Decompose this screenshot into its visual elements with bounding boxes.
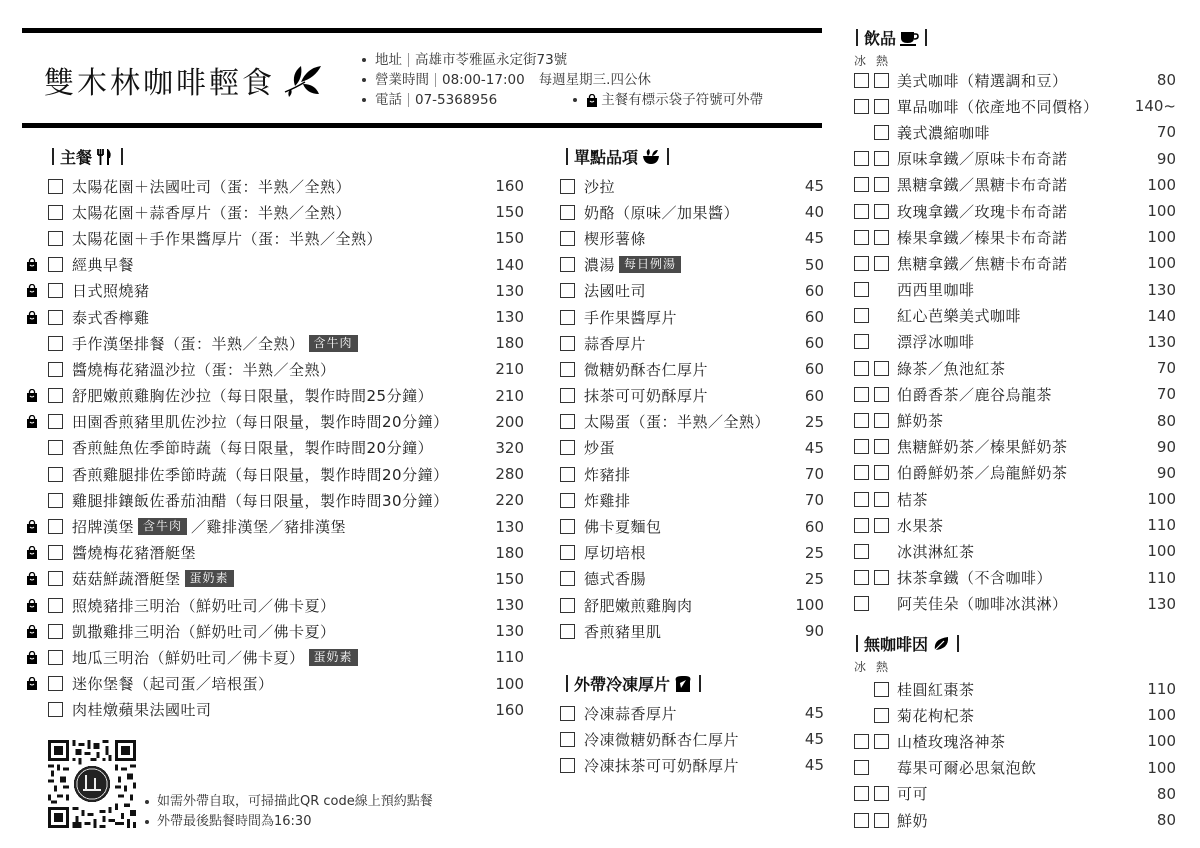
item-price: 90 — [805, 622, 824, 640]
hot-checkbox[interactable] — [874, 465, 889, 480]
hot-checkbox[interactable] — [874, 734, 889, 749]
item-price: 40 — [805, 203, 824, 221]
iced-checkbox[interactable] — [854, 465, 869, 480]
item-price: 70 — [805, 465, 824, 483]
menu-item-row: 肉桂燉蘋果法國吐司160 — [26, 697, 524, 723]
leaf-icon — [931, 635, 951, 653]
drink-item-row: 阿芙佳朵（咖啡冰淇淋）130 — [854, 591, 1176, 617]
item-checkbox[interactable] — [560, 336, 575, 351]
item-tag: 每日例湯 — [619, 256, 681, 273]
separator — [408, 53, 409, 67]
iced-checkbox[interactable] — [854, 282, 869, 297]
item-price: 80 — [1157, 785, 1176, 803]
bullet — [362, 58, 366, 62]
item-checkbox[interactable] — [560, 179, 575, 194]
item-price: 45 — [805, 704, 824, 722]
item-name-suffix: ／雞排漢堡／豬排漢堡 — [191, 516, 346, 537]
address-row: 地址 高雄市苓雅區永定街73號 — [362, 50, 763, 70]
menu-item-row: 佛卡夏麵包60 — [560, 513, 824, 539]
item-checkbox[interactable] — [560, 440, 575, 455]
section-main-header: 主餐 — [46, 145, 129, 168]
item-checkbox[interactable] — [48, 205, 63, 220]
item-name: 原味拿鐵／原味卡布奇諾 — [897, 148, 1068, 169]
item-name: 莓果可爾必思氣泡飲 — [897, 757, 1037, 778]
drink-item-row: 抹茶拿鐵（不含咖啡）110 — [854, 565, 1176, 591]
section-title: 主餐 — [60, 145, 92, 168]
item-name: 香煎雞腿排佐季節時蔬（每日限量，製作時間20分鐘） — [72, 464, 449, 485]
leaf-logo-icon — [281, 62, 323, 98]
item-price: 220 — [495, 491, 524, 509]
menu-item-row: 太陽花園＋法國吐司（蛋：半熟／全熟）160 — [26, 173, 524, 199]
menu-item-row: 醬燒梅花豬溫沙拉（蛋：半熟／全熟）210 — [26, 356, 524, 382]
item-checkbox[interactable] — [48, 545, 63, 560]
item-name: 香煎豬里肌 — [584, 621, 662, 642]
item-price: 100 — [1147, 732, 1176, 750]
item-price: 60 — [805, 518, 824, 536]
menu-item-row: 德式香腸25 — [560, 566, 824, 592]
item-checkbox[interactable] — [560, 362, 575, 377]
item-checkbox[interactable] — [560, 257, 575, 272]
item-price: 210 — [495, 387, 524, 405]
item-price: 80 — [1157, 412, 1176, 430]
item-checkbox[interactable] — [560, 545, 575, 560]
item-checkbox[interactable] — [560, 205, 575, 220]
menu-item-row: 蒜香厚片60 — [560, 330, 824, 356]
item-price: 60 — [805, 308, 824, 326]
item-name: 單品咖啡（依產地不同價格） — [897, 96, 1099, 117]
drink-item-row: 水果茶110 — [854, 512, 1176, 538]
item-price: 80 — [1157, 811, 1176, 829]
item-tag: 含牛肉 — [309, 335, 358, 352]
iced-checkbox[interactable] — [854, 204, 869, 219]
shopping-bag-icon — [26, 311, 38, 324]
hot-checkbox[interactable] — [874, 492, 889, 507]
item-name: 太陽花園＋蒜香厚片（蛋：半熟／全熟） — [72, 202, 351, 223]
item-name: 田園香煎豬里肌佐沙拉（每日限量，製作時間20分鐘） — [72, 411, 449, 432]
drink-item-row: 鮮奶80 — [854, 807, 1176, 833]
item-name: 香煎鮭魚佐季節時蔬（每日限量，製作時間20分鐘） — [72, 437, 433, 458]
item-name: 炒蛋 — [584, 437, 615, 458]
item-price: 110 — [1147, 680, 1176, 698]
shopping-bag-icon — [26, 546, 38, 559]
section-title: 飲品 — [864, 26, 896, 49]
iced-checkbox[interactable] — [854, 786, 869, 801]
item-name: 山楂玫瑰洛神茶 — [897, 731, 1006, 752]
hot-checkbox[interactable] — [874, 230, 889, 245]
hot-checkbox[interactable] — [874, 387, 889, 402]
hot-label: 熱 — [876, 658, 898, 675]
item-checkbox[interactable] — [48, 231, 63, 246]
item-checkbox[interactable] — [48, 362, 63, 377]
item-price: 130 — [1147, 333, 1176, 351]
hot-checkbox[interactable] — [874, 361, 889, 376]
bullet — [145, 800, 149, 804]
item-price: 70 — [1157, 359, 1176, 377]
note-text: 外帶最後點餐時間為16:30 — [157, 812, 311, 832]
takeout-slot — [26, 415, 42, 428]
hot-checkbox[interactable] — [874, 682, 889, 697]
item-price: 140~ — [1135, 97, 1176, 115]
menu-item-row: 菇菇鮮蔬潛艇堡蛋奶素150 — [26, 566, 524, 592]
note-row: 如需外帶自取，可掃描此QR code線上預約點餐 — [145, 792, 433, 812]
item-checkbox[interactable] — [560, 283, 575, 298]
hot-checkbox[interactable] — [874, 786, 889, 801]
drink-item-row: 玫瑰拿鐵／玫瑰卡布奇諾100 — [854, 198, 1176, 224]
phone-value[interactable]: 07-5368956 — [415, 90, 497, 110]
item-checkbox[interactable] — [560, 493, 575, 508]
item-name: 水果茶 — [897, 515, 944, 536]
item-checkbox[interactable] — [48, 624, 63, 639]
iced-checkbox[interactable] — [854, 492, 869, 507]
phone-label: 電話 — [375, 90, 402, 110]
item-name: 楔形薯條 — [584, 228, 646, 249]
item-price: 100 — [1147, 706, 1176, 724]
item-price: 25 — [805, 570, 824, 588]
menu-item-row: 香煎鮭魚佐季節時蔬（每日限量，製作時間20分鐘）320 — [26, 435, 524, 461]
item-name: 肉桂燉蘋果法國吐司 — [72, 699, 212, 720]
item-price: 130 — [495, 596, 524, 614]
item-price: 70 — [1157, 123, 1176, 141]
item-checkbox[interactable] — [560, 467, 575, 482]
hot-checkbox[interactable] — [874, 439, 889, 454]
item-name: 照燒豬排三明治（鮮奶吐司／佛卡夏） — [72, 595, 336, 616]
item-tag: 蛋奶素 — [185, 570, 234, 587]
item-name: 太陽花園＋手作果醬厚片（蛋：半熟／全熟） — [72, 228, 382, 249]
item-price: 60 — [805, 387, 824, 405]
store-info: 地址 高雄市苓雅區永定街73號 營業時間 08:00-17:00 每週星期三.四… — [362, 50, 763, 110]
section-title: 外帶冷凍厚片 — [574, 672, 670, 695]
item-price: 150 — [495, 229, 524, 247]
takeout-slot — [26, 572, 42, 585]
hot-checkbox[interactable] — [874, 518, 889, 533]
menu-item-row: 招牌漢堡含牛肉／雞排漢堡／豬排漢堡130 — [26, 513, 524, 539]
iced-checkbox[interactable] — [854, 151, 869, 166]
iced-checkbox[interactable] — [854, 73, 869, 88]
drink-item-row: 義式濃縮咖啡70 — [854, 119, 1176, 145]
item-price: 60 — [805, 360, 824, 378]
item-price: 100 — [1147, 759, 1176, 777]
menu-item-row: 冷凍微糖奶酥杏仁厚片45 — [560, 726, 824, 752]
item-checkbox[interactable] — [48, 493, 63, 508]
item-price: 60 — [805, 334, 824, 352]
item-price: 45 — [805, 756, 824, 774]
item-name: 伯爵鮮奶茶／烏龍鮮奶茶 — [897, 462, 1068, 483]
item-price: 200 — [495, 413, 524, 431]
item-checkbox[interactable] — [560, 624, 575, 639]
drink-item-row: 西西里咖啡130 — [854, 277, 1176, 303]
menu-item-row: 楔形薯條45 — [560, 225, 824, 251]
item-checkbox[interactable] — [48, 676, 63, 691]
item-checkbox[interactable] — [48, 310, 63, 325]
iced-checkbox[interactable] — [854, 570, 869, 585]
item-name: 玫瑰拿鐵／玫瑰卡布奇諾 — [897, 201, 1068, 222]
item-name: 蒜香厚片 — [584, 333, 646, 354]
shopping-bag-icon — [26, 677, 38, 690]
hot-checkbox[interactable] — [874, 813, 889, 828]
item-price: 45 — [805, 229, 824, 247]
item-name: 奶酪（原味／加果醬） — [584, 202, 739, 223]
menu-item-row: 微糖奶酥杏仁厚片60 — [560, 356, 824, 382]
item-price: 60 — [805, 282, 824, 300]
iced-checkbox[interactable] — [854, 734, 869, 749]
item-name: 菇菇鮮蔬潛艇堡 — [72, 568, 181, 589]
item-name: 菊花枸杞茶 — [897, 705, 975, 726]
item-tag: 蛋奶素 — [309, 649, 358, 666]
item-price: 45 — [805, 177, 824, 195]
item-price: 45 — [805, 730, 824, 748]
iced-checkbox[interactable] — [854, 256, 869, 271]
item-price: 45 — [805, 439, 824, 457]
qr-code-icon[interactable] — [48, 740, 136, 828]
hot-checkbox[interactable] — [874, 177, 889, 192]
menu-item-row: 香煎雞腿排佐季節時蔬（每日限量，製作時間20分鐘）280 — [26, 461, 524, 487]
item-price: 140 — [1147, 307, 1176, 325]
iced-checkbox[interactable] — [854, 230, 869, 245]
iced-checkbox[interactable] — [854, 813, 869, 828]
item-price: 110 — [1147, 569, 1176, 587]
item-name: 美式咖啡（精選調和豆） — [897, 70, 1068, 91]
takeout-slot — [26, 258, 42, 271]
item-price: 100 — [795, 596, 824, 614]
hot-checkbox[interactable] — [874, 204, 889, 219]
separator — [435, 73, 436, 87]
item-name: 冷凍微糖奶酥杏仁厚片 — [584, 729, 739, 750]
menu-item-row: 炸雞排70 — [560, 487, 824, 513]
menu-item-row: 太陽花園＋蒜香厚片（蛋：半熟／全熟）150 — [26, 199, 524, 225]
takeout-slot — [26, 625, 42, 638]
drink-item-row: 鮮奶茶80 — [854, 407, 1176, 433]
item-checkbox[interactable] — [560, 310, 575, 325]
takeout-slot — [26, 599, 42, 612]
address-value: 高雄市苓雅區永定街73號 — [415, 50, 567, 70]
hot-checkbox[interactable] — [874, 256, 889, 271]
menu-item-row: 地瓜三明治（鮮奶吐司／佛卡夏）蛋奶素110 — [26, 644, 524, 670]
iced-checkbox[interactable] — [854, 308, 869, 323]
item-checkbox[interactable] — [560, 519, 575, 534]
decaf-list: 桂圓紅棗茶110菊花枸杞茶100山楂玫瑰洛神茶100莓果可爾必思氣泡飲100可可… — [854, 676, 1176, 833]
takeout-notes: 如需外帶自取，可掃描此QR code線上預約點餐 外帶最後點餐時間為16:30 — [145, 792, 433, 832]
item-price: 150 — [495, 570, 524, 588]
header-bottom-rule — [22, 123, 822, 128]
item-name: 沙拉 — [584, 176, 615, 197]
item-name: 法國吐司 — [584, 280, 646, 301]
item-name: 冷凍抹茶可可奶酥厚片 — [584, 755, 739, 776]
item-price: 130 — [495, 622, 524, 640]
hot-checkbox[interactable] — [874, 151, 889, 166]
item-price: 100 — [1147, 254, 1176, 272]
item-checkbox[interactable] — [48, 598, 63, 613]
item-name: 炸豬排 — [584, 464, 631, 485]
item-name: 伯爵香茶／鹿谷烏龍茶 — [897, 384, 1052, 405]
menu-item-row: 冷凍抹茶可可奶酥厚片45 — [560, 752, 824, 778]
item-name: 雞腿排鑲飯佐番茄油醋（每日限量，製作時間30分鐘） — [72, 490, 449, 511]
item-price: 130 — [1147, 281, 1176, 299]
item-price: 180 — [495, 544, 524, 562]
iced-checkbox[interactable] — [854, 387, 869, 402]
iced-checkbox[interactable] — [854, 177, 869, 192]
item-name: 佛卡夏麵包 — [584, 516, 662, 537]
item-name: 義式濃縮咖啡 — [897, 122, 990, 143]
item-price: 140 — [495, 256, 524, 274]
item-price: 160 — [495, 177, 524, 195]
sides-list: 沙拉45奶酪（原味／加果醬）40楔形薯條45濃湯每日例湯50法國吐司60手作果醬… — [560, 173, 824, 644]
hours-row: 營業時間 08:00-17:00 每週星期三.四公休 — [362, 70, 763, 90]
item-name: 抹茶可可奶酥厚片 — [584, 385, 708, 406]
item-price: 100 — [1147, 490, 1176, 508]
item-name: 桔茶 — [897, 489, 928, 510]
item-name: 經典早餐 — [72, 254, 134, 275]
item-name: 焦糖拿鐵／焦糖卡布奇諾 — [897, 253, 1068, 274]
item-checkbox[interactable] — [48, 414, 63, 429]
item-name: 舒肥嫩煎雞胸佐沙拉（每日限量，製作時間25分鐘） — [72, 385, 433, 406]
item-checkbox[interactable] — [560, 414, 575, 429]
item-name: 紅心芭樂美式咖啡 — [897, 305, 1021, 326]
iced-checkbox[interactable] — [854, 596, 869, 611]
bullet — [362, 78, 366, 82]
item-checkbox[interactable] — [48, 519, 63, 534]
hot-checkbox[interactable] — [874, 570, 889, 585]
brand-title: 雙木林咖啡輕食 — [44, 58, 275, 102]
item-name: 日式照燒豬 — [72, 280, 150, 301]
hot-checkbox[interactable] — [874, 708, 889, 723]
item-name: 厚切培根 — [584, 542, 646, 563]
top-rule — [22, 28, 822, 33]
drink-item-row: 菊花枸杞茶100 — [854, 702, 1176, 728]
item-name: 德式香腸 — [584, 568, 646, 589]
item-price: 180 — [495, 334, 524, 352]
item-checkbox[interactable] — [48, 702, 63, 717]
takeout-note-text: 主餐有標示袋子符號可外帶 — [601, 90, 763, 110]
section-frozen-header: 外帶冷凍厚片 — [560, 672, 707, 695]
item-price: 130 — [495, 308, 524, 326]
item-checkbox[interactable] — [560, 706, 575, 721]
iced-checkbox[interactable] — [854, 439, 869, 454]
item-name: 鮮奶 — [897, 810, 928, 831]
drink-item-row: 美式咖啡（精選調和豆）80 — [854, 67, 1176, 93]
menu-item-row: 奶酪（原味／加果醬）40 — [560, 199, 824, 225]
iced-checkbox[interactable] — [854, 334, 869, 349]
item-checkbox[interactable] — [48, 179, 63, 194]
item-price: 70 — [1157, 385, 1176, 403]
drink-item-row: 焦糖鮮奶茶／榛果鮮奶茶90 — [854, 434, 1176, 460]
item-price: 210 — [495, 360, 524, 378]
item-tag: 含牛肉 — [138, 518, 187, 535]
item-checkbox[interactable] — [48, 571, 63, 586]
item-name: 太陽花園＋法國吐司（蛋：半熟／全熟） — [72, 176, 351, 197]
toast-icon — [673, 675, 693, 693]
drink-item-row: 伯爵香茶／鹿谷烏龍茶70 — [854, 381, 1176, 407]
drink-item-row: 冰淇淋紅茶100 — [854, 538, 1176, 564]
menu-item-row: 法國吐司60 — [560, 278, 824, 304]
section-title: 無咖啡因 — [864, 632, 928, 655]
drink-item-row: 紅心芭樂美式咖啡140 — [854, 303, 1176, 329]
item-name: 冰淇淋紅茶 — [897, 541, 975, 562]
item-checkbox[interactable] — [48, 336, 63, 351]
hot-checkbox[interactable] — [874, 99, 889, 114]
item-checkbox[interactable] — [560, 732, 575, 747]
shopping-bag-icon — [26, 625, 38, 638]
menu-item-row: 冷凍蒜香厚片45 — [560, 700, 824, 726]
menu-item-row: 田園香煎豬里肌佐沙拉（每日限量，製作時間20分鐘）200 — [26, 409, 524, 435]
menu-item-row: 照燒豬排三明治（鮮奶吐司／佛卡夏）130 — [26, 592, 524, 618]
hot-checkbox[interactable] — [874, 413, 889, 428]
takeout-slot — [26, 546, 42, 559]
item-name: 醬燒梅花豬溫沙拉（蛋：半熟／全熟） — [72, 359, 336, 380]
item-name: 焦糖鮮奶茶／榛果鮮奶茶 — [897, 436, 1068, 457]
drink-item-row: 原味拿鐵／原味卡布奇諾90 — [854, 146, 1176, 172]
shopping-bag-icon — [26, 284, 38, 297]
item-name: 榛果拿鐵／榛果卡布奇諾 — [897, 227, 1068, 248]
takeout-slot — [26, 284, 42, 297]
item-price: 50 — [805, 256, 824, 274]
item-price: 70 — [805, 491, 824, 509]
item-name: 阿芙佳朵（咖啡冰淇淋） — [897, 593, 1068, 614]
salad-bowl-icon — [641, 148, 661, 166]
item-checkbox[interactable] — [560, 231, 575, 246]
note-row: 外帶最後點餐時間為16:30 — [145, 812, 433, 832]
item-name: 舒肥嫩煎雞胸肉 — [584, 595, 693, 616]
hot-checkbox[interactable] — [874, 73, 889, 88]
item-name: 凱撒雞排三明治（鮮奶吐司／佛卡夏） — [72, 621, 336, 642]
item-name: 太陽蛋（蛋：半熟／全熟） — [584, 411, 770, 432]
menu-item-row: 經典早餐140 — [26, 252, 524, 278]
note-text: 如需外帶自取，可掃描此QR code線上預約點餐 — [157, 792, 433, 812]
drink-item-row: 綠茶／魚池紅茶70 — [854, 355, 1176, 381]
shopping-bag-icon — [26, 599, 38, 612]
drink-item-row: 山楂玫瑰洛神茶100 — [854, 728, 1176, 754]
drink-item-row: 可可80 — [854, 781, 1176, 807]
item-checkbox[interactable] — [560, 571, 575, 586]
iced-checkbox[interactable] — [854, 99, 869, 114]
coffee-cup-icon — [899, 29, 919, 47]
iced-checkbox[interactable] — [854, 361, 869, 376]
bullet — [573, 98, 577, 102]
item-price: 130 — [495, 518, 524, 536]
item-checkbox[interactable] — [48, 388, 63, 403]
item-checkbox[interactable] — [48, 650, 63, 665]
iced-checkbox[interactable] — [854, 413, 869, 428]
fork-knife-icon — [95, 148, 115, 166]
iced-checkbox[interactable] — [854, 760, 869, 775]
item-checkbox[interactable] — [48, 467, 63, 482]
item-price: 90 — [1157, 464, 1176, 482]
item-checkbox[interactable] — [48, 257, 63, 272]
menu-item-row: 迷你堡餐（起司蛋／培根蛋）100 — [26, 671, 524, 697]
iced-checkbox[interactable] — [854, 544, 869, 559]
item-price: 90 — [1157, 438, 1176, 456]
section-decaf-header: 無咖啡因 — [850, 632, 965, 655]
menu-item-row: 醬燒梅花豬潛艇堡180 — [26, 540, 524, 566]
item-name: 手作漢堡排餐（蛋：半熟／全熟） — [72, 333, 305, 354]
drink-item-row: 桔茶100 — [854, 486, 1176, 512]
item-checkbox[interactable] — [48, 283, 63, 298]
item-checkbox[interactable] — [560, 758, 575, 773]
item-checkbox[interactable] — [560, 598, 575, 613]
item-name: 西西里咖啡 — [897, 279, 975, 300]
hot-checkbox[interactable] — [874, 125, 889, 140]
item-checkbox[interactable] — [48, 440, 63, 455]
item-price: 150 — [495, 203, 524, 221]
takeout-slot — [26, 677, 42, 690]
item-checkbox[interactable] — [560, 388, 575, 403]
temp-column-labels: 冰熱 — [854, 658, 898, 675]
iced-checkbox[interactable] — [854, 518, 869, 533]
item-name: 濃湯 — [584, 254, 615, 275]
menu-item-row: 抹茶可可奶酥厚片60 — [560, 383, 824, 409]
item-name: 地瓜三明治（鮮奶吐司／佛卡夏） — [72, 647, 305, 668]
takeout-slot — [26, 651, 42, 664]
hours-label: 營業時間 — [375, 70, 429, 90]
